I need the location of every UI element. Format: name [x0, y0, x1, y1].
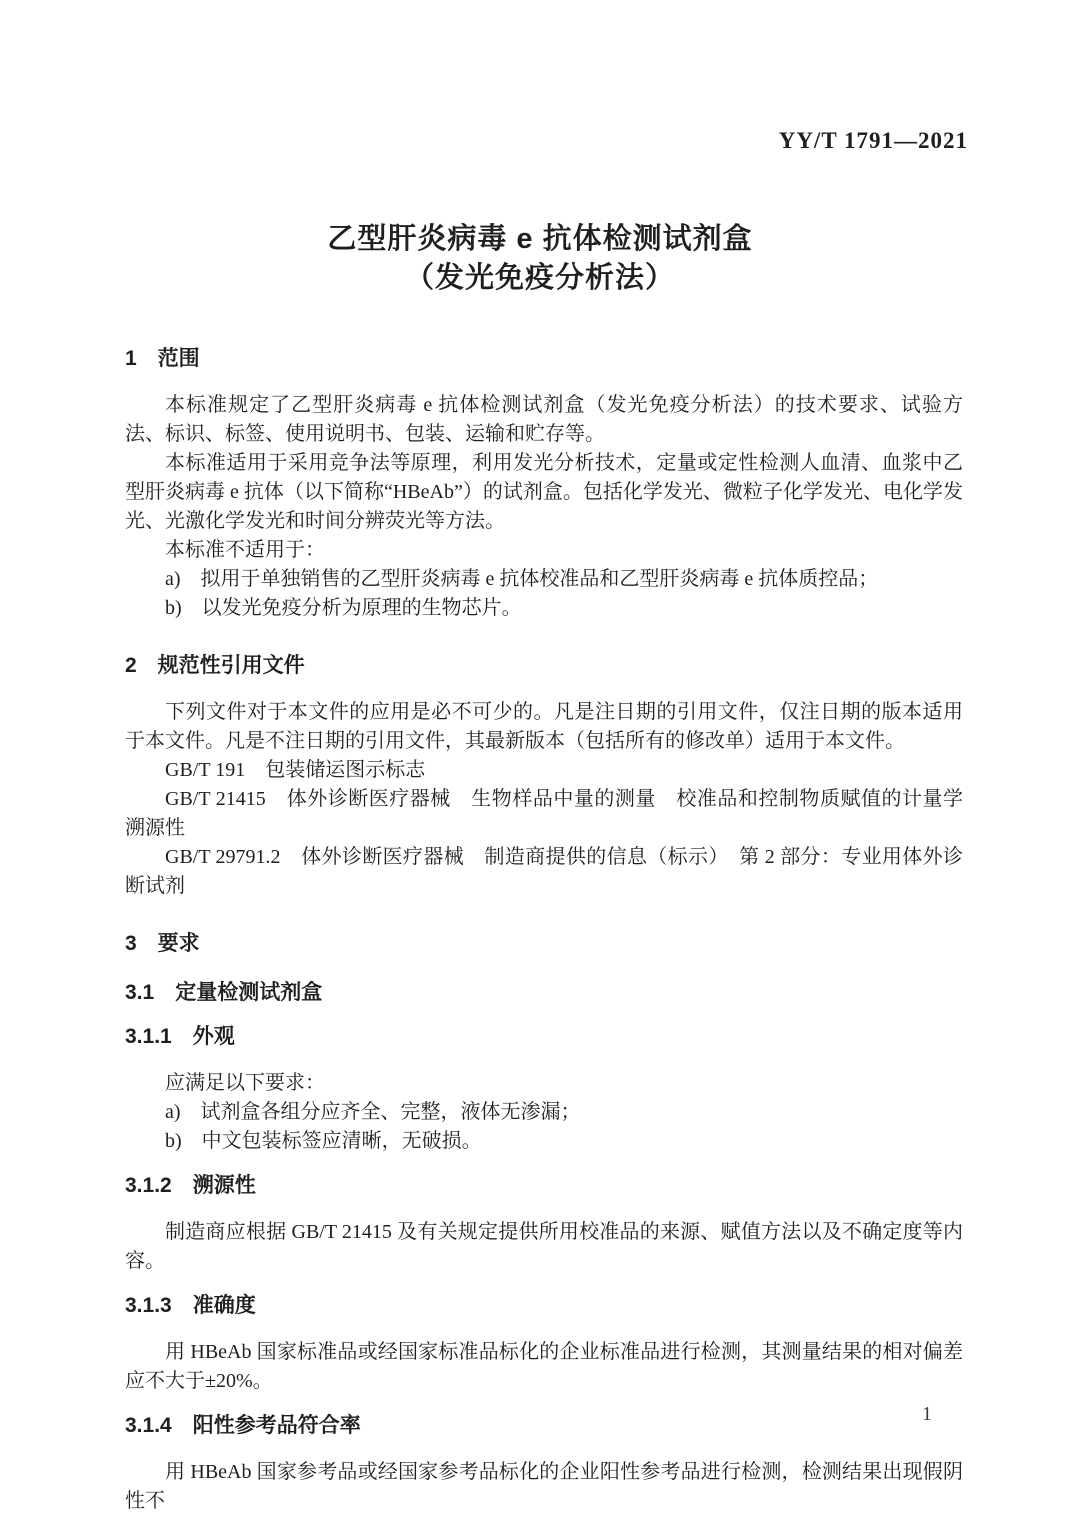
- section-2-reference-2: GB/T 21415 体外诊断医疗器械 生物样品中量的测量 校准品和控制物质赋值…: [125, 785, 963, 843]
- section-1-paragraph-1: 本标准规定了乙型肝炎病毒 e 抗体检测试剂盒（发光免疫分析法）的技术要求、试验方…: [125, 391, 963, 449]
- document-title-line1: 乙型肝炎病毒 e 抗体检测试剂盒: [0, 220, 1080, 259]
- document-page: YY/T 1791—2021 乙型肝炎病毒 e 抗体检测试剂盒 （发光免疫分析法…: [0, 0, 1080, 1526]
- section-3-1-3-paragraph-1: 用 HBeAb 国家标准品或经国家标准品标化的企业标准品进行检测，其测量结果的相…: [125, 1338, 963, 1396]
- section-3-1-3-heading: 3.1.3 准确度: [125, 1291, 963, 1320]
- document-title: 乙型肝炎病毒 e 抗体检测试剂盒 （发光免疫分析法）: [0, 220, 1080, 298]
- section-3-1-4-heading: 3.1.4 阳性参考品符合率: [125, 1411, 963, 1440]
- section-3-1-2-paragraph-1: 制造商应根据 GB/T 21415 及有关规定提供所用校准品的来源、赋值方法以及…: [125, 1218, 963, 1276]
- section-3-1-1-list-item-a: a) 试剂盒各组分应齐全、完整，液体无渗漏；: [125, 1098, 963, 1127]
- document-title-line2: （发光免疫分析法）: [0, 259, 1080, 298]
- section-3-1-heading: 3.1 定量检测试剂盒: [125, 978, 963, 1007]
- section-2-heading: 2 规范性引用文件: [125, 651, 963, 680]
- section-3-1-1-list-item-b: b) 中文包装标签应清晰，无破损。: [125, 1127, 963, 1156]
- section-2-reference-3: GB/T 29791.2 体外诊断医疗器械 制造商提供的信息（标示） 第 2 部…: [125, 843, 963, 901]
- document-body: 1 范围 本标准规定了乙型肝炎病毒 e 抗体检测试剂盒（发光免疫分析法）的技术要…: [125, 336, 963, 1516]
- section-3-1-1-heading: 3.1.1 外观: [125, 1022, 963, 1051]
- section-1-heading: 1 范围: [125, 344, 963, 373]
- section-2-reference-1: GB/T 191 包装储运图示标志: [125, 756, 963, 785]
- page-number: 1: [922, 1403, 932, 1426]
- section-2-paragraph-1: 下列文件对于本文件的应用是必不可少的。凡是注日期的引用文件，仅注日期的版本适用于…: [125, 698, 963, 756]
- section-3-heading: 3 要求: [125, 929, 963, 958]
- section-3-1-1-paragraph-1: 应满足以下要求：: [125, 1069, 963, 1098]
- section-1-paragraph-2: 本标准适用于采用竞争法等原理，利用发光分析技术，定量或定性检测人血清、血浆中乙型…: [125, 449, 963, 536]
- section-1-paragraph-3: 本标准不适用于：: [125, 536, 963, 565]
- section-1-list-item-a: a) 拟用于单独销售的乙型肝炎病毒 e 抗体校准品和乙型肝炎病毒 e 抗体质控品…: [125, 565, 963, 594]
- standard-number: YY/T 1791—2021: [779, 128, 968, 154]
- section-3-1-2-heading: 3.1.2 溯源性: [125, 1171, 963, 1200]
- section-3-1-4-paragraph-1: 用 HBeAb 国家参考品或经国家参考品标化的企业阳性参考品进行检测，检测结果出…: [125, 1458, 963, 1516]
- section-1-list-item-b: b) 以发光免疫分析为原理的生物芯片。: [125, 594, 963, 623]
